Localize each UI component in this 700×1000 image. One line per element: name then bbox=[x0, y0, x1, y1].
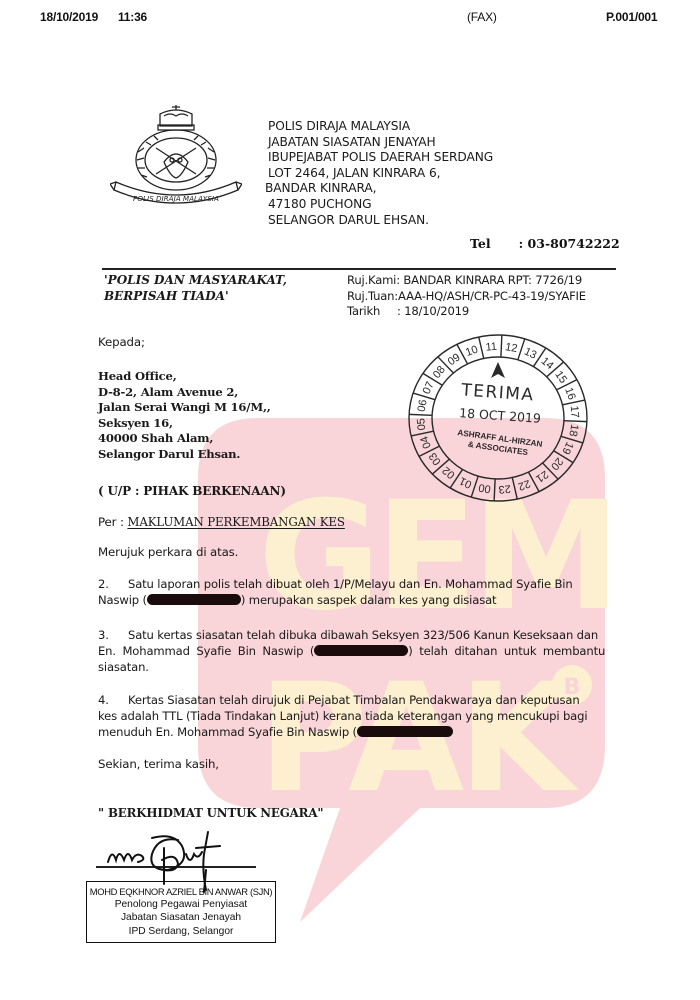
agency-department: JABATAN SIASATAN JENAYAH bbox=[268, 135, 493, 151]
subject-label: Per : bbox=[98, 515, 124, 529]
paragraph-4: 4.Kertas Siasatan telah dirujuk di Pejab… bbox=[98, 692, 618, 740]
paragraph-text: Satu laporan polis telah dibuat oleh 1/P… bbox=[128, 577, 573, 591]
svg-text:05: 05 bbox=[415, 418, 428, 431]
paragraph-text: kes adalah TTL (Tiada Tindakan Lanjut) k… bbox=[98, 708, 618, 724]
police-motto: 'POLIS DAN MASYARAKAT, BERPISAH TIADA' bbox=[104, 273, 287, 304]
recipient-address-line: D-8-2, Alam Avenue 2, bbox=[98, 385, 271, 401]
paragraph-number: 3. bbox=[98, 627, 128, 643]
closing-remark: Sekian, terima kasih, bbox=[98, 757, 219, 771]
header-divider bbox=[102, 268, 616, 270]
paragraph-text: Kertas Siasatan telah dirujuk di Pejabat… bbox=[128, 693, 580, 707]
letter-date: Tarikh: 18/10/2019 bbox=[347, 304, 586, 320]
svg-text:03: 03 bbox=[427, 450, 444, 467]
opening-sentence: Merujuk perkara di atas. bbox=[98, 545, 238, 559]
svg-text:08: 08 bbox=[431, 364, 448, 381]
agency-office: IBUPEJABAT POLIS DAERAH SERDANG bbox=[268, 150, 493, 166]
recipient-name: Head Office, bbox=[98, 369, 271, 385]
paragraph-text: ) telah ditahan untuk membantu bbox=[408, 644, 605, 658]
paragraph-number: 4. bbox=[98, 692, 128, 708]
signatory-department: Jabatan Siasatan Jenayah bbox=[87, 911, 275, 924]
svg-text:15: 15 bbox=[552, 369, 569, 386]
svg-text:04: 04 bbox=[418, 434, 433, 450]
svg-text:TERIMA: TERIMA bbox=[460, 380, 535, 405]
agency-street: LOT 2464, JALAN KINRARA 6, bbox=[268, 166, 493, 182]
svg-text:02: 02 bbox=[440, 464, 457, 481]
signatory-position: Penolong Pegawai Penyiasat bbox=[87, 898, 275, 911]
paragraph-text: Naswip ( bbox=[98, 593, 147, 607]
your-reference: Ruj.Tuan:AAA-HQ/ASH/CR-PC-43-19/SYAFIE bbox=[347, 289, 586, 305]
stamp-arrow-icon bbox=[491, 362, 505, 378]
recipient-address-line: Seksyen 16, bbox=[98, 416, 271, 432]
telephone-number: : 03-80742222 bbox=[519, 236, 620, 251]
svg-text:14: 14 bbox=[539, 355, 556, 372]
our-reference-label: Ruj.Kami: bbox=[347, 273, 400, 289]
svg-text:22: 22 bbox=[516, 477, 532, 492]
signatory-stamp-box: MOHD EQKHNOR AZRIEL BIN ANWAR (SJN) Peno… bbox=[86, 881, 276, 943]
paragraph-text: siasatan. bbox=[98, 659, 618, 675]
signatory-office: IPD Serdang, Selangor bbox=[87, 925, 275, 938]
paragraph-3: 3.Satu kertas siasatan telah dibuka diba… bbox=[98, 627, 618, 675]
your-reference-value: AAA-HQ/ASH/CR-PC-43-19/SYAFIE bbox=[398, 289, 586, 303]
salutation-kepada: Kepada; bbox=[98, 335, 145, 349]
redacted-ic-number bbox=[357, 726, 453, 737]
svg-text:00: 00 bbox=[478, 481, 492, 495]
letter-date-label: Tarikh bbox=[347, 304, 397, 320]
svg-text:18 OCT 2019: 18 OCT 2019 bbox=[459, 405, 542, 426]
motto-line-1: 'POLIS DAN MASYARAKAT, bbox=[104, 273, 287, 289]
svg-text:21: 21 bbox=[533, 468, 550, 485]
recipient-address-line: Jalan Serai Wangi M 16/M,, bbox=[98, 400, 271, 416]
svg-text:19: 19 bbox=[559, 440, 575, 456]
svg-text:06: 06 bbox=[416, 399, 430, 413]
recipient-address: Head Office, D-8-2, Alam Avenue 2, Jalan… bbox=[98, 369, 271, 463]
paragraph-text: ) merupakan saspek dalam kes yang disias… bbox=[241, 593, 497, 607]
telephone-line: Tel: 03-80742222 bbox=[470, 236, 620, 251]
our-reference: Ruj.Kami: BANDAR KINRARA RPT: 7726/19 bbox=[347, 273, 586, 289]
svg-text:11: 11 bbox=[485, 341, 497, 354]
our-reference-value: BANDAR KINRARA RPT: 7726/19 bbox=[403, 273, 582, 287]
paragraph-number: 2. bbox=[98, 576, 128, 592]
paragraph-2: 2.Satu laporan polis telah dibuat oleh 1… bbox=[98, 576, 618, 608]
paragraph-text: Satu kertas siasatan telah dibuka dibawa… bbox=[128, 628, 598, 642]
redacted-ic-number bbox=[147, 594, 241, 605]
redacted-ic-number bbox=[314, 645, 408, 656]
telephone-label: Tel bbox=[470, 236, 491, 251]
svg-text:POLIS DIRAJA MALAYSIA: POLIS DIRAJA MALAYSIA bbox=[133, 194, 219, 203]
letter-date-value: : 18/10/2019 bbox=[397, 304, 469, 318]
svg-text:20: 20 bbox=[548, 455, 565, 472]
attention-line: ( U/P : PIHAK BERKENAAN) bbox=[98, 484, 286, 498]
agency-name: POLIS DIRAJA MALAYSIA bbox=[268, 119, 493, 135]
svg-text:12: 12 bbox=[504, 341, 518, 355]
svg-text:13: 13 bbox=[522, 346, 538, 362]
subject-line: Per : MAKLUMAN PERKEMBANGAN KES bbox=[98, 515, 345, 529]
svg-text:07: 07 bbox=[421, 380, 437, 396]
svg-text:10: 10 bbox=[464, 344, 480, 359]
police-crest-logo: POLIS DIRAJA MALAYSIA bbox=[110, 104, 242, 214]
svg-text:17: 17 bbox=[568, 405, 581, 418]
paragraph-text: menuduh En. Mohammad Syafie Bin Naswip ( bbox=[98, 725, 357, 739]
recipient-address-line: Selangor Darul Ehsan. bbox=[98, 447, 271, 463]
signatory-name: MOHD EQKHNOR AZRIEL BIN ANWAR (SJN) bbox=[87, 885, 275, 898]
letterhead-address: POLIS DIRAJA MALAYSIA JABATAN SIASATAN J… bbox=[268, 119, 493, 228]
svg-text:01: 01 bbox=[458, 474, 474, 490]
reference-block: Ruj.Kami: BANDAR KINRARA RPT: 7726/19 Ru… bbox=[347, 273, 586, 320]
your-reference-label: Ruj.Tuan: bbox=[347, 289, 398, 305]
received-stamp: 0001020304050607080910111213141516171819… bbox=[405, 332, 591, 504]
service-slogan: " BERKHIDMAT UNTUK NEGARA" bbox=[98, 806, 323, 820]
paragraph-text: En. Mohammad Syafie Bin Naswip ( bbox=[98, 644, 314, 658]
recipient-address-line: 40000 Shah Alam, bbox=[98, 431, 271, 447]
svg-text:16: 16 bbox=[562, 386, 577, 402]
agency-state: SELANGOR DARUL EHSAN. bbox=[268, 213, 493, 229]
svg-text:18: 18 bbox=[566, 423, 580, 437]
svg-text:09: 09 bbox=[446, 351, 463, 368]
agency-area: BANDAR KINRARA, bbox=[265, 181, 493, 197]
svg-text:23: 23 bbox=[498, 482, 511, 495]
motto-line-2: BERPISAH TIADA' bbox=[104, 289, 287, 305]
agency-postcode-city: 47180 PUCHONG bbox=[268, 197, 493, 213]
subject-title: MAKLUMAN PERKEMBANGAN KES bbox=[127, 515, 344, 529]
